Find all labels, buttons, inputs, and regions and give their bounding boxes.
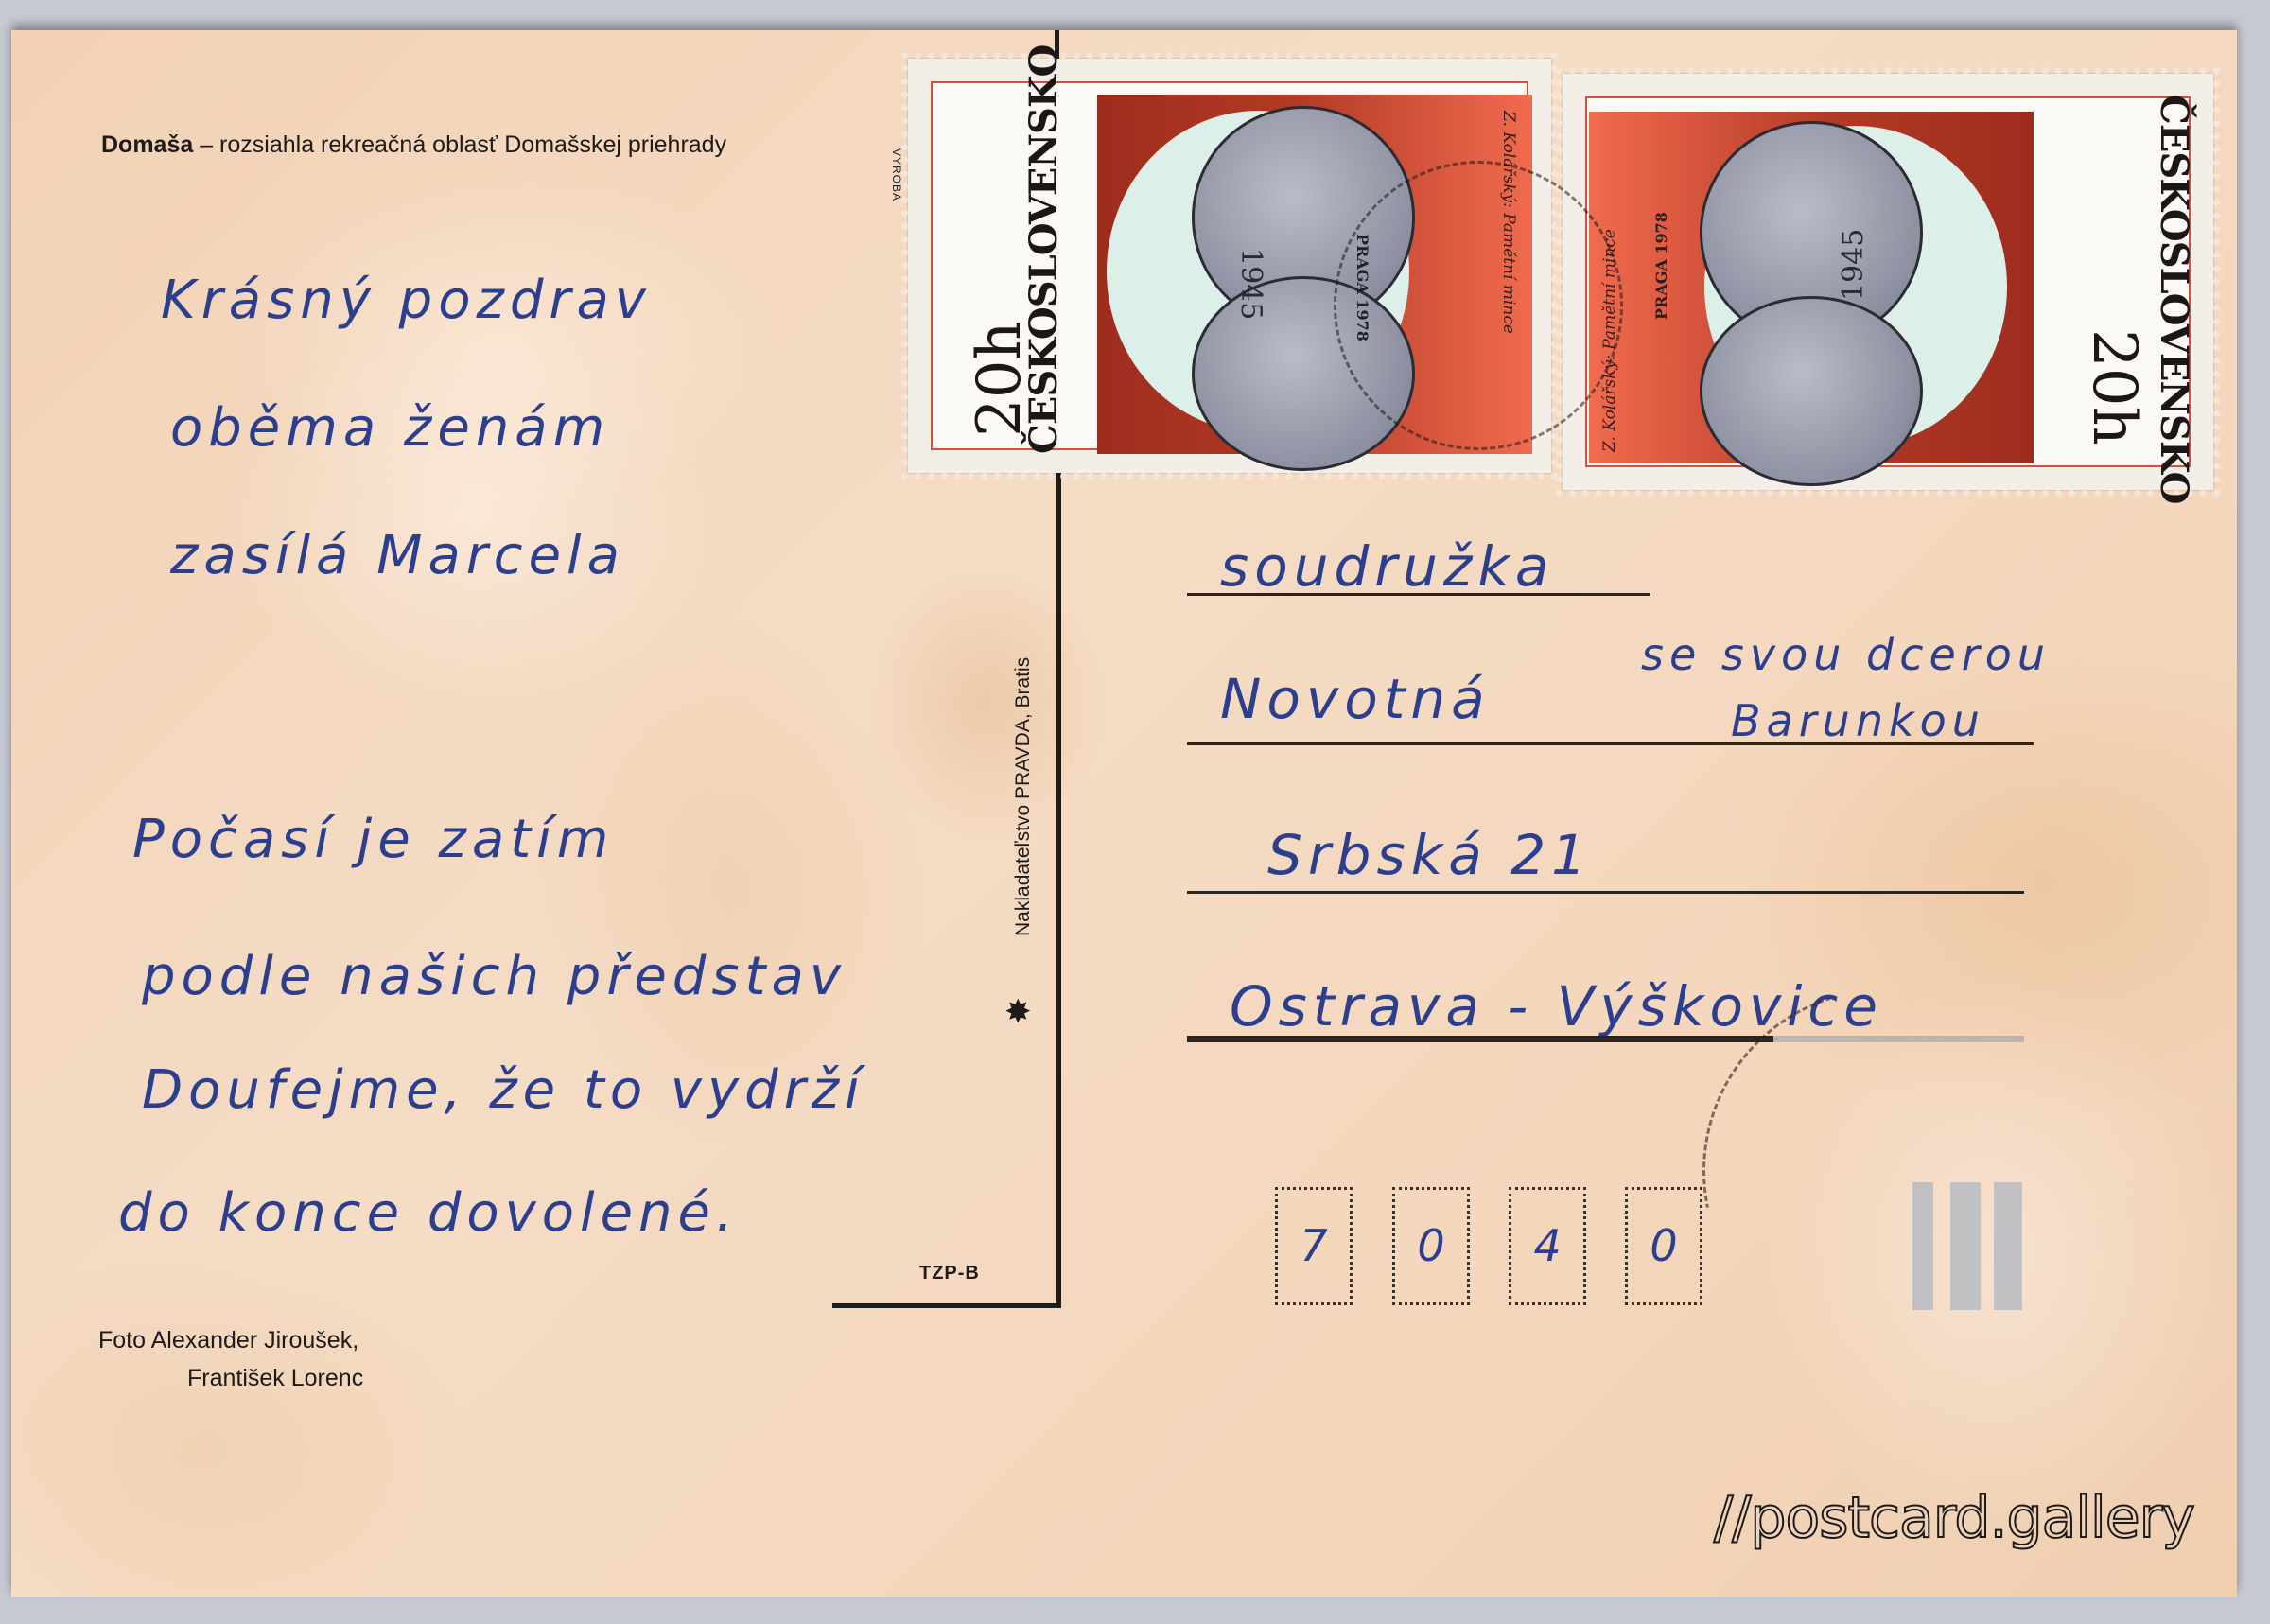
message-line: oběma ženám	[170, 397, 610, 459]
address-note-bottom: Barunkou	[1731, 695, 1985, 746]
address-rule-3	[1187, 891, 2024, 894]
watermark: //postcard.gallery	[1714, 1485, 2194, 1551]
message-line: Doufejme, že to vydrží	[142, 1059, 865, 1121]
publisher-logo-icon: ✸	[1004, 993, 1032, 1031]
message-line: zasílá Marcela	[170, 525, 625, 586]
postal-code-digit: 0	[1625, 1220, 1702, 1271]
postal-code-digit: 4	[1509, 1220, 1586, 1271]
stamp-coin-year: 1945	[1837, 229, 1870, 301]
sorting-bar	[1912, 1182, 1933, 1310]
message-line: Krásný pozdrav	[161, 270, 652, 331]
publisher-text: Nakladateľstvo PRAVDA, Bratis	[1012, 657, 1034, 936]
stamp-country: ČESKOSLOVENSKO	[1021, 45, 1066, 454]
message-line: podle našich představ	[142, 946, 847, 1007]
divider-foot-line	[832, 1303, 1061, 1308]
photo-credit-line2: František Lorenc	[98, 1359, 363, 1397]
address-recipient-name: Novotná	[1220, 667, 1491, 731]
water-stain	[863, 560, 1109, 844]
stamp-exhibition: PRAGA 1978	[1652, 212, 1670, 320]
address-note-top: se svou dcerou	[1641, 629, 2051, 680]
photo-credits: Foto Alexander Jiroušek, František Loren…	[98, 1321, 363, 1397]
divider-line	[1056, 463, 1061, 1308]
postmark-cancel	[1334, 161, 1623, 450]
caption-place: Domaša	[101, 131, 193, 158]
stamp-coin	[1700, 296, 1923, 486]
card-caption: Domaša – rozsiahla rekreačná oblasť Doma…	[101, 127, 886, 163]
address-rule-1	[1187, 593, 1650, 596]
stamp-country: ČESKOSLOVENSKO	[2152, 95, 2196, 503]
sorting-bar	[1950, 1182, 1981, 1310]
series-code: TZP-B	[919, 1263, 980, 1284]
message-line: do konce dovolené.	[118, 1182, 739, 1244]
address-rule-2	[1187, 742, 2034, 745]
address-street: Srbská 21	[1267, 823, 1592, 887]
postal-code-digit: 7	[1275, 1220, 1353, 1271]
address-rule-4	[1187, 1036, 1773, 1042]
sorting-bar	[1994, 1182, 2022, 1310]
postal-code-digit: 0	[1392, 1220, 1470, 1271]
stamp-value: 20h	[2079, 329, 2149, 445]
address-salutation: soudružka	[1220, 534, 1554, 599]
water-stain	[229, 314, 721, 711]
photo-credit-line1: Foto Alexander Jiroušek,	[98, 1327, 358, 1353]
message-line: Počasí je zatím	[132, 809, 614, 870]
postage-stamp: 20h ČESKOSLOVENSKO Z. Kolářský: Pamětní …	[1563, 74, 2213, 490]
caption-description: – rozsiahla rekreačná oblasť Domašskej p…	[193, 131, 726, 158]
stamp-coin-year: 1945	[1234, 248, 1267, 320]
publisher-imprint: Nakladateľstvo PRAVDA, Bratis	[1012, 657, 1035, 936]
